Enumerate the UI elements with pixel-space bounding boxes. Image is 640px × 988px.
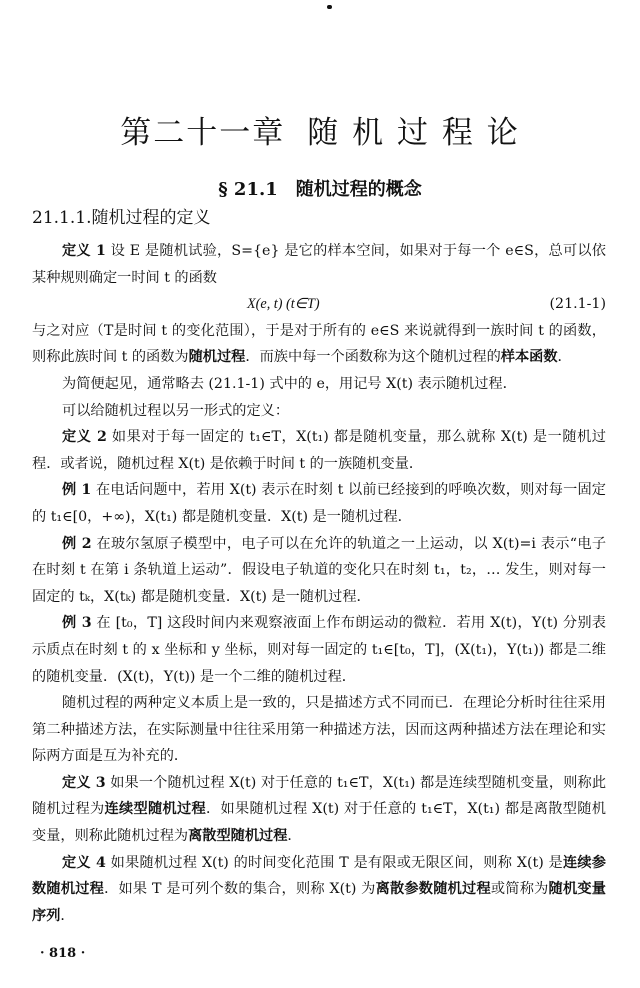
definition-text: 如果对于每一固定的 t₁∈T，X(t₁) 都是随机变量，那么就称 X(t) 是一… bbox=[32, 429, 606, 472]
page-number: · 818 · bbox=[40, 946, 85, 961]
subsection-title: 随机过程的定义 bbox=[91, 208, 210, 228]
term-random-process: 随机过程 bbox=[189, 349, 246, 365]
punctuation: ． bbox=[60, 908, 74, 924]
example-2: 例 2 在玻尔氢原子模型中，电子可以在允许的轨道之一上运动，以 X(t)=i 表… bbox=[32, 531, 606, 611]
definition-label: 定义 2 bbox=[62, 429, 107, 445]
note-paragraph: 可以给随机过程以另一形式的定义： bbox=[32, 398, 606, 425]
term-discrete-process: 离散型随机过程 bbox=[188, 828, 287, 844]
term-continuous-process: 连续型随机过程 bbox=[105, 801, 206, 817]
example-label: 例 3 bbox=[62, 615, 92, 631]
example-label: 例 1 bbox=[62, 482, 91, 498]
definition-2: 定义 2 如果对于每一固定的 t₁∈T，X(t₁) 都是随机变量，那么就称 X(… bbox=[32, 424, 606, 477]
definition-label: 定义 4 bbox=[62, 855, 106, 871]
example-1: 例 1 在电话问题中，若用 X(t) 表示在时刻 t 以前已经接到的呼唤次数，则… bbox=[32, 477, 606, 530]
definition-text: ．而族中每一个函数称为这个随机过程的 bbox=[245, 349, 500, 365]
definition-label: 定义 3 bbox=[62, 775, 106, 791]
page-body: 定义 1 设 E 是随机试验，S={e} 是它的样本空间，如果对于每一个 e∈S… bbox=[32, 238, 606, 929]
equation-number: (21.1-1) bbox=[550, 291, 606, 318]
section-number: § 21.1 bbox=[218, 179, 278, 200]
definition-text: ．如果 T 是可列个数的集合，则称 X(t) 为 bbox=[104, 881, 375, 897]
term-sample-function: 样本函数 bbox=[501, 349, 558, 365]
example-text: 在玻尔氢原子模型中，电子可以在允许的轨道之一上运动，以 X(t)=i 表示“电子… bbox=[32, 536, 606, 605]
subsection-heading: 21.1.1.随机过程的定义 bbox=[32, 203, 210, 228]
section-title: 随机过程的概念 bbox=[296, 179, 422, 200]
definition-1-continued: 与之对应（T是时间 t 的变化范围），于是对于所有的 e∈S 来说就得到一族时间… bbox=[32, 318, 606, 371]
example-text: 在 [t₀，T] 这段时间内来观察液面上作布朗运动的微粒．若用 X(t)，Y(t… bbox=[32, 615, 606, 684]
example-3: 例 3 在 [t₀，T] 这段时间内来观察液面上作布朗运动的微粒．若用 X(t)… bbox=[32, 610, 606, 690]
chapter-number: 第二十一章 bbox=[120, 115, 285, 151]
subsection-number: 21.1.1. bbox=[32, 208, 91, 228]
definition-3: 定义 3 如果一个随机过程 X(t) 对于任意的 t₁∈T，X(t₁) 都是连续… bbox=[32, 770, 606, 850]
definition-text: 或简称为 bbox=[491, 881, 549, 897]
section-heading: § 21.1随机过程的概念 bbox=[0, 175, 640, 201]
definition-text: 设 E 是随机试验，S={e} 是它的样本空间，如果对于每一个 e∈S，总可以依… bbox=[32, 243, 606, 286]
example-label: 例 2 bbox=[62, 536, 92, 552]
punctuation: ． bbox=[558, 349, 572, 365]
remark-paragraph: 随机过程的两种定义本质上是一致的，只是描述方式不同而已．在理论分析时往往采用第二… bbox=[32, 690, 606, 770]
scan-speck bbox=[327, 5, 332, 9]
definition-4: 定义 4 如果随机过程 X(t) 的时间变化范围 T 是有限或无限区间，则称 X… bbox=[32, 850, 606, 930]
chapter-name: 随 机 过 程 论 bbox=[307, 115, 519, 151]
equation-21-1-1: X(e, t) (t∈T) (21.1-1) bbox=[32, 291, 606, 318]
punctuation: ． bbox=[287, 828, 301, 844]
definition-label: 定义 1 bbox=[62, 243, 106, 259]
definition-1: 定义 1 设 E 是随机试验，S={e} 是它的样本空间，如果对于每一个 e∈S… bbox=[32, 238, 606, 291]
example-text: 在电话问题中，若用 X(t) 表示在时刻 t 以前已经接到的呼唤次数，则对每一固… bbox=[32, 482, 606, 525]
note-paragraph: 为简便起见，通常略去 (21.1-1) 式中的 e，用记号 X(t) 表示随机过… bbox=[32, 371, 606, 398]
equation-formula: X(e, t) (t∈T) bbox=[247, 291, 320, 318]
term-discrete-parameter-process: 离散参数随机过程 bbox=[376, 881, 491, 897]
chapter-title: 第二十一章随 机 过 程 论 bbox=[0, 107, 640, 152]
definition-text: 如果随机过程 X(t) 的时间变化范围 T 是有限或无限区间，则称 X(t) 是 bbox=[111, 855, 563, 871]
